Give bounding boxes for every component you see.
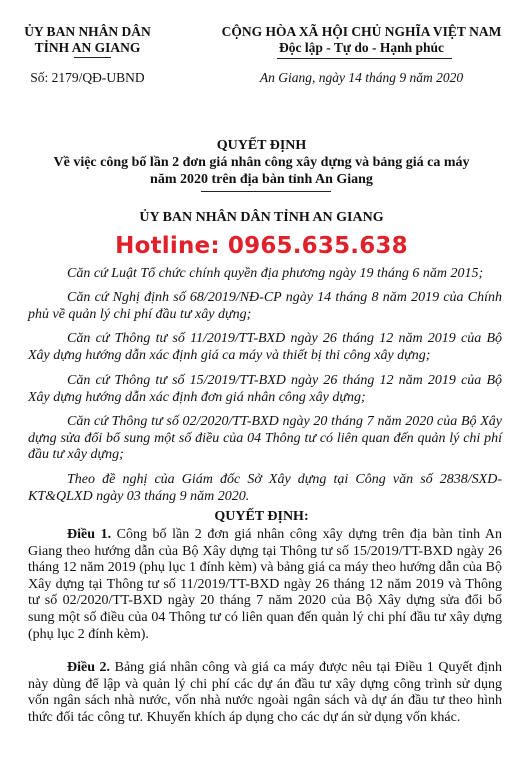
decision-heading: QUYẾT ĐỊNH: (0, 509, 523, 525)
article-2: Điều 2. Bảng giá nhân công và giá ca máy… (28, 660, 502, 726)
document-title: QUYẾT ĐỊNH (0, 138, 523, 154)
preamble-item: Căn cứ Thông tư số 15/2019/TT-BXD ngày 2… (28, 373, 502, 406)
agency-line-1: ỦY BAN NHÂN DÂN (20, 24, 155, 40)
subject-underline (201, 191, 331, 192)
preamble-item: Căn cứ Thông tư số 02/2020/TT-BXD ngày 2… (28, 414, 502, 464)
article-2-label: Điều 2. (67, 660, 110, 675)
motto-underline (277, 58, 452, 59)
preamble-item: Căn cứ Nghị định số 68/2019/NĐ-CP ngày 1… (28, 290, 502, 323)
issuer-heading: ỦY BAN NHÂN DÂN TỈNH AN GIANG (0, 210, 523, 226)
document-number: Số: 2179/QĐ-UBND (20, 70, 155, 86)
article-1-label: Điều 1. (67, 527, 111, 542)
national-motto: Độc lập - Tự do - Hạnh phúc (200, 40, 523, 56)
preamble-item: Căn cứ Luật Tổ chức chính quyền địa phươ… (28, 266, 502, 283)
agency-line-2: TỈNH AN GIANG (20, 40, 155, 56)
place-date: An Giang, ngày 14 tháng 9 năm 2020 (200, 70, 523, 86)
agency-underline (74, 57, 111, 58)
preamble-item: Căn cứ Thông tư số 11/2019/TT-BXD ngày 2… (28, 331, 502, 364)
document-subject: Về việc công bố lần 2 đơn giá nhân công … (30, 154, 493, 188)
subject-line-2: năm 2020 trên địa bàn tỉnh An Giang (30, 171, 493, 188)
preamble-item: Theo đề nghị của Giám đốc Sở Xây dựng tạ… (28, 472, 502, 505)
subject-line-1: Về việc công bố lần 2 đơn giá nhân công … (30, 154, 493, 171)
article-1-text: Công bố lần 2 đơn giá nhân công xây dựng… (28, 527, 502, 642)
article-1: Điều 1. Công bố lần 2 đơn giá nhân công … (28, 527, 502, 643)
national-title: CỘNG HÒA XÃ HỘI CHỦ NGHĨA VIỆT NAM (200, 24, 523, 40)
hotline-banner: Hotline: 0965.635.638 (0, 233, 523, 259)
issuing-agency: ỦY BAN NHÂN DÂN TỈNH AN GIANG (20, 24, 155, 56)
